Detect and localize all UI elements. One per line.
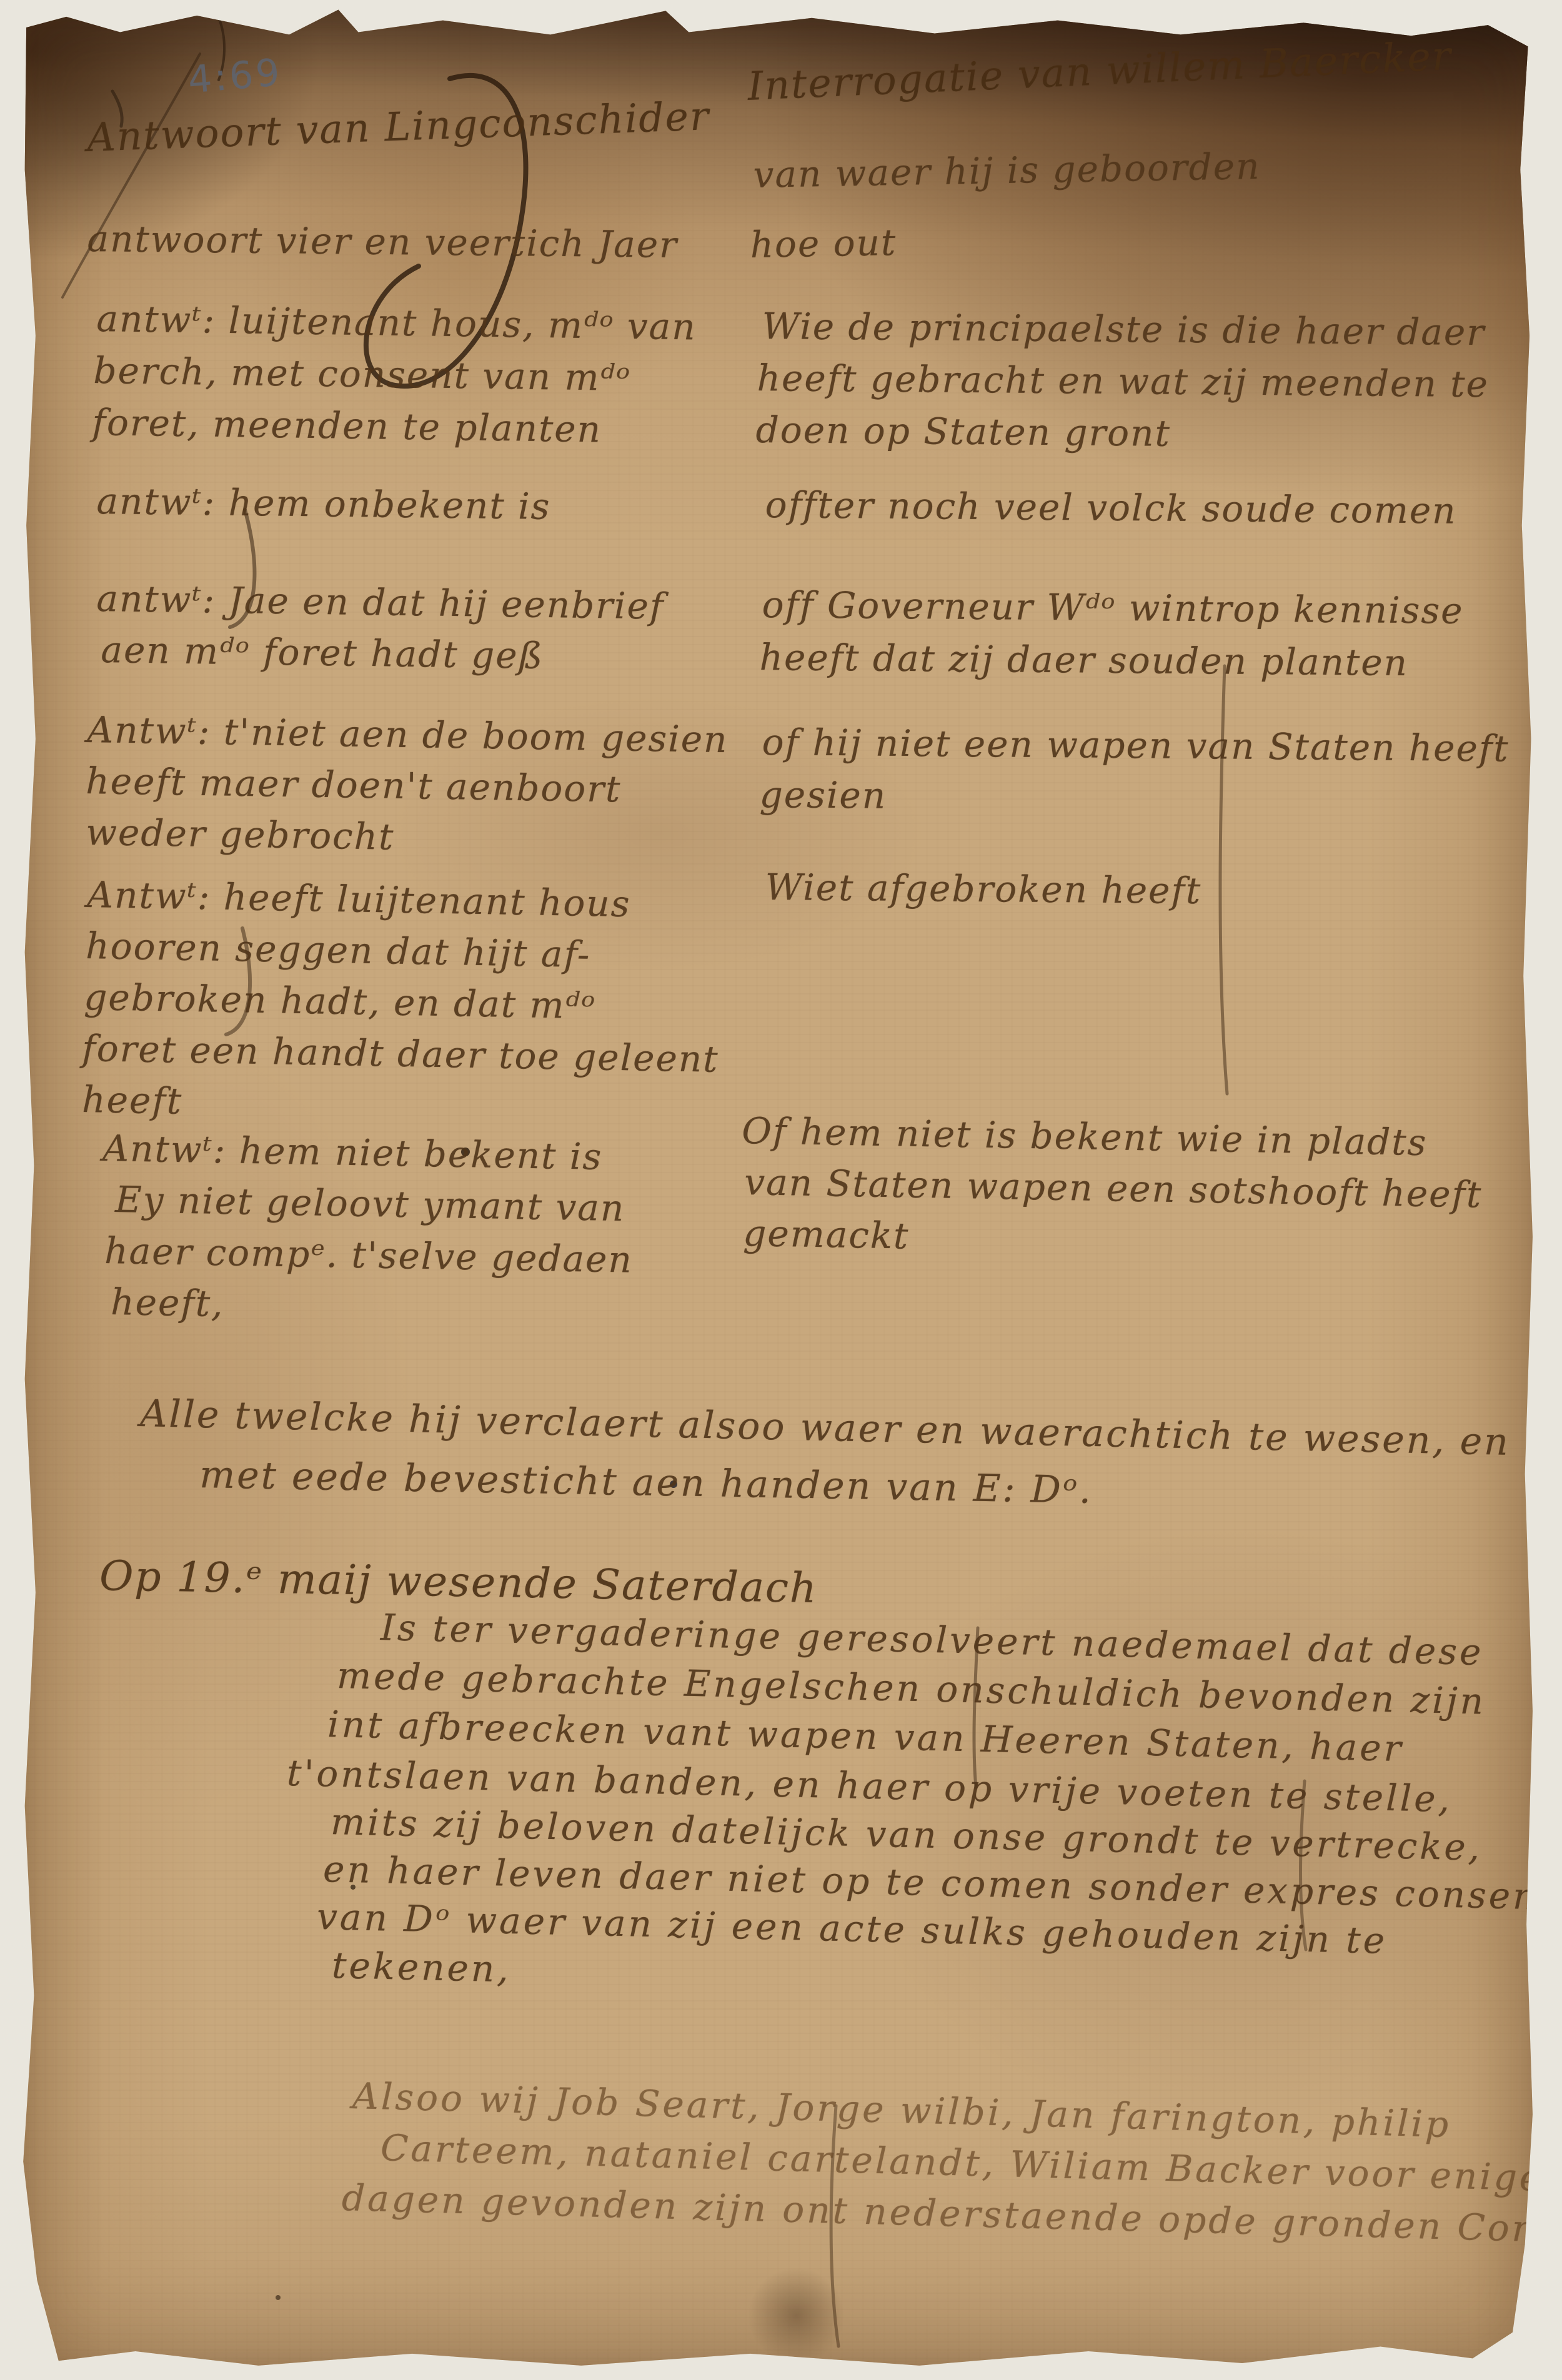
answer-line: foret, meenden te planten (92, 401, 602, 450)
left-column-title: Antwoort van Lingconschider (86, 93, 710, 161)
question-line: Wie de principaelste is die haer daer (762, 305, 1485, 354)
question-line: Wiet afgebroken heeft (765, 866, 1201, 912)
right-column-title: Interrogatie van willem Baercker (747, 33, 1453, 109)
oath-line: Alle twelcke hij verclaert alsoo waer en… (140, 1392, 1511, 1464)
answer-line: antwᵗ: Jae en dat hij eenbrief (96, 577, 665, 628)
answer-line: antwᵗ: luijtenant hous, mᵈᵒ van (96, 297, 697, 348)
answer-line: Antwᵗ: t'niet aen de boom gesien (87, 708, 729, 761)
question-line: gesien (759, 773, 887, 817)
answer-line: Antwᵗ: heeft luijtenant hous (87, 873, 631, 925)
answer-line: heeft maer doen't aenboort (86, 760, 622, 810)
manuscript-page: 4:69 Antwoort van Lingconschider antwoor… (12, 4, 1550, 2375)
question-line: gemackt (743, 1212, 910, 1257)
question-line: hoe out (750, 221, 897, 266)
archival-number-pencil: 4:69 (186, 51, 284, 102)
scanned-page: 4:69 Antwoort van Lingconschider antwoor… (0, 0, 1562, 2380)
answer-line: weder gebrocht (86, 811, 395, 858)
oath-line: met eede bevesticht aen handen van E: Dᵒ… (199, 1453, 1093, 1512)
question-line: doen op Staten gront (755, 409, 1171, 455)
answer-line: hooren seggen dat hijt af- (86, 925, 591, 976)
answer-line: aen mᵈᵒ foret hadt geß (101, 628, 544, 677)
question-line: Of hem niet is bekent wie in pladts (742, 1109, 1428, 1164)
question-line: heeft gebracht en wat zij meenden te (757, 357, 1489, 405)
answer-line: haer compᵉ. t'selve gedaen (104, 1229, 634, 1281)
answer-line: heeft, (111, 1281, 224, 1325)
answer-line: foret een handt daer toe geleent (82, 1027, 719, 1081)
answer-line: berch, met consent van mᵈᵒ (93, 349, 631, 399)
answer-line: heeft (82, 1078, 183, 1123)
answer-line: Ey niet geloovt ymant van (115, 1178, 625, 1229)
question-line: heeft dat zij daer souden planten (759, 636, 1408, 684)
resolution-line: tekenen, (331, 1944, 511, 1990)
answer-line: antwoort vier en veertich Jaer (87, 217, 678, 266)
answer-line: gebroken hadt, en dat mᵈᵒ (84, 976, 597, 1027)
answer-line: Antwᵗ: hem niet bekent is (102, 1127, 603, 1178)
ink-blot (276, 2295, 281, 2300)
session-date-heading: Op 19.ᵉ maij wesende Saterdach (99, 1552, 818, 1612)
question-line: van Staten wapen een sotshooft heeft (744, 1161, 1483, 1216)
question-line: offter noch veel volck soude comen (765, 483, 1456, 532)
answer-line: antwᵗ: hem onbekent is (96, 480, 551, 528)
question-line: van waer hij is geboorden (753, 145, 1261, 196)
question-line: of hij niet een wapen van Staten heeft (762, 721, 1510, 770)
question-line: off Governeur Wᵈᵒ wintrop kennisse (762, 583, 1463, 632)
